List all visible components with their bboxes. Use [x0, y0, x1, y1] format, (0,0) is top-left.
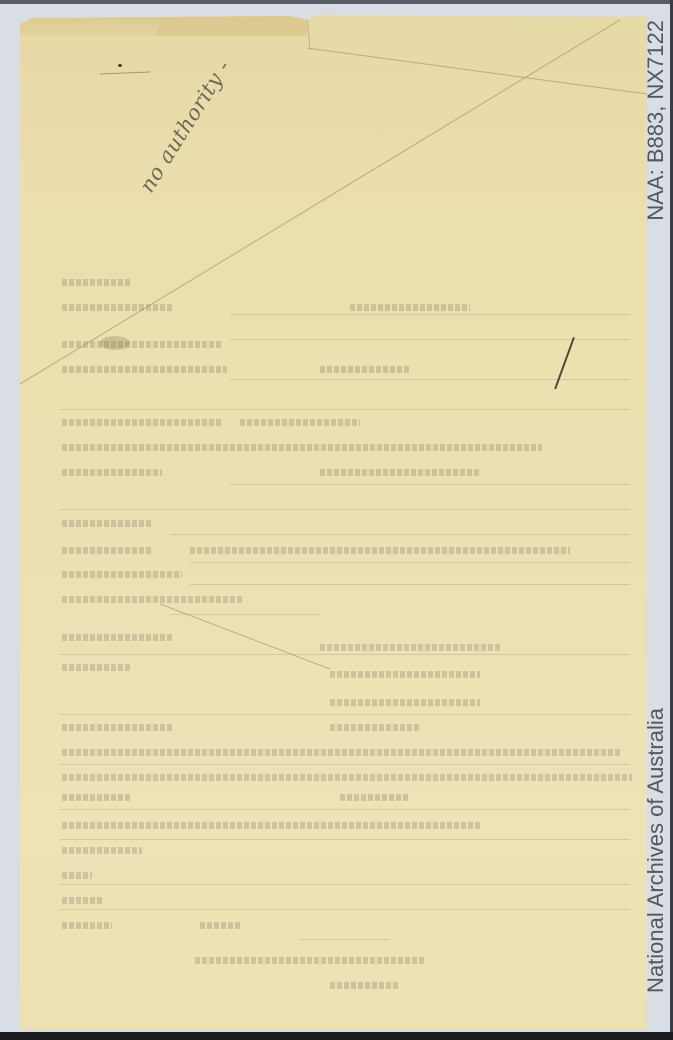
- scan-top-border: [0, 0, 673, 4]
- archive-name-watermark: National Archives of Australia: [643, 708, 669, 993]
- archive-reference-watermark: NAA: B883, NX7122: [643, 20, 669, 221]
- reverse-side-show-through: [20, 14, 647, 1030]
- paper-stain: [100, 336, 130, 350]
- document-page: no authority -: [20, 14, 647, 1030]
- paper-speck: [118, 64, 122, 67]
- scan-bottom-border: [0, 1032, 673, 1040]
